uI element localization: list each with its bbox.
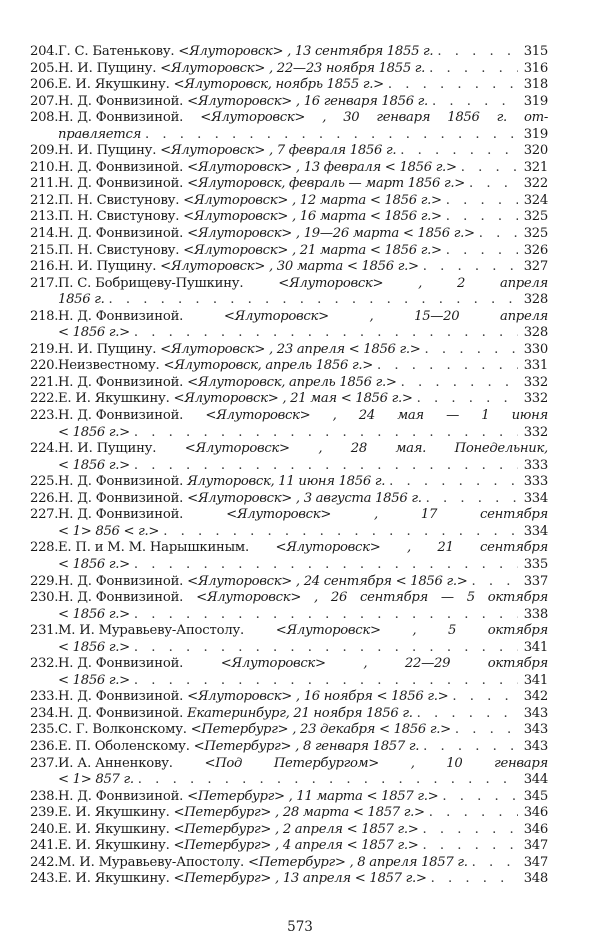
entry-detail-word: — [446, 408, 459, 425]
entry-number: 221. [30, 375, 58, 392]
entry-page: 347 [518, 855, 548, 872]
toc-entry[interactable]: 237.И. А. Анненкову.<ПодПетербургом>,10г… [30, 756, 548, 789]
entry-text: Н. Д. Фонвизиной. <Ялуторовск> , 13 февр… [58, 160, 518, 177]
toc-entry-continuation: < 1> 857 г. . . . . . . . . . . . . . . … [30, 772, 548, 789]
entry-detail-word: 26 [331, 590, 347, 607]
entry-number: 223. [30, 408, 58, 425]
toc-entry-line: 225.Н. Д. Фонвизиной. Ялуторовск, 11 июн… [30, 474, 548, 491]
entry-detail-word: 10 [446, 756, 462, 773]
dot-leader: . . . . . . . . . . . . . . . . . . . . … [384, 77, 518, 94]
toc-entry-continuation: < 1856 г.> . . . . . . . . . . . . . . .… [30, 458, 548, 475]
entry-number: 242. [30, 855, 58, 872]
entry-addressee: П. С. Бобрищеву-Пушкину. [58, 276, 243, 293]
entry-detail-word: мая. [396, 441, 427, 458]
entry-detail-continuation: правляется [58, 127, 141, 144]
table-of-contents: 204.Г. С. Батенькову. <Ялуторовск> , 13 … [30, 44, 548, 888]
dot-leader: . . . . . . . . . . . . . . . . . . . . … [475, 226, 518, 243]
entry-text: Н. Д. Фонвизиной.<Ялуторовск>,22—29октяб… [58, 656, 548, 673]
dot-leader: . . . . . . . . . . . . . . . . . . . . … [442, 209, 518, 226]
entry-text: Е. И. Якушкину. <Петербург> , 28 марта <… [58, 805, 518, 822]
entry-detail-word: 22—29 [405, 656, 450, 673]
entry-detail: <Ялуторовск> , 7 февраля 1856 г. [156, 143, 396, 160]
toc-entry-line: 224.Н. И. Пущину.<Ялуторовск>,28мая.Поне… [30, 441, 548, 458]
dot-leader: . . . . . . . . . . . . . . . . . . . . … [442, 243, 518, 260]
entry-addressee: Н. Д. Фонвизиной. [58, 408, 183, 425]
entry-detail-continuation: < 1856 г.> [58, 425, 130, 442]
dot-leader: . . . . . . . . . . . . . . . . . . . . … [419, 822, 518, 839]
entry-addressee: Е. И. Якушкину. [58, 391, 170, 408]
entry-page: 321 [518, 160, 548, 177]
entry-detail-word: 1 [481, 408, 489, 425]
dot-leader: . . . . . . . . . . . . . . . . . . . . … [130, 640, 518, 657]
entry-detail: <Петербург> , 8 генваря 1857 г. [190, 739, 419, 756]
entry-page: 337 [518, 574, 548, 591]
toc-entry[interactable]: 223.Н. Д. Фонвизиной.<Ялуторовск>,24мая—… [30, 408, 548, 441]
entry-detail: <Ялуторовск, апрель 1856 г.> [160, 358, 373, 375]
entry-text: С. Г. Волконскому. <Петербург> , 23 дека… [58, 722, 518, 739]
entry-text: Е. П. Оболенскому. <Петербург> , 8 генва… [58, 739, 518, 756]
toc-entry-line: 223.Н. Д. Фонвизиной.<Ялуторовск>,24мая—… [30, 408, 548, 425]
entry-page: 325 [518, 209, 548, 226]
entry-detail: <Ялуторовск> , 19—26 марта < 1856 г.> [183, 226, 475, 243]
entry-text: Н. Д. Фонвизиной. <Ялуторовск, февраль —… [58, 176, 518, 193]
entry-number: 218. [30, 309, 58, 326]
dot-leader: . . . . . . . . . . . . . . . . . . . . … [130, 607, 518, 624]
toc-entry[interactable]: 234.Н. Д. Фонвизиной. Екатеринбург, 21 н… [30, 706, 548, 723]
toc-entry[interactable]: 216.Н. И. Пущину. <Ялуторовск> , 30 март… [30, 259, 548, 276]
entry-detail-continuation: < 1856 г.> [58, 673, 130, 690]
toc-entry-line: 242.М. И. Муравьеву-Апостолу. <Петербург… [30, 855, 548, 872]
entry-detail: Екатеринбург, 21 ноября 1856 г. [183, 706, 412, 723]
entry-page: 347 [518, 838, 548, 855]
toc-entry-line: 226.Н. Д. Фонвизиной. <Ялуторовск> , 3 а… [30, 491, 548, 508]
entry-detail-word: , [411, 756, 415, 773]
entry-text: Е. И. Якушкину. <Петербург> , 13 апреля … [58, 871, 518, 888]
toc-entry[interactable]: 227.Н. Д. Фонвизиной.<Ялуторовск>,17сент… [30, 507, 548, 540]
entry-text: М. И. Муравьеву-Апостолу.<Ялуторовск>,5о… [58, 623, 548, 640]
toc-entry-continuation: 1856 г. . . . . . . . . . . . . . . . . … [30, 292, 548, 309]
entry-detail-word: , [374, 507, 378, 524]
entry-detail-word: <Ялуторовск> [200, 110, 305, 127]
entry-detail: <Ялуторовск> , 13 сентября 1855 г. [174, 44, 433, 61]
toc-entry[interactable]: 236.Е. П. Оболенскому. <Петербург> , 8 г… [30, 739, 548, 756]
toc-entry-line: 219.Н. И. Пущину. <Ялуторовск> , 23 апре… [30, 342, 548, 359]
toc-entry-line: 243.Е. И. Якушкину. <Петербург> , 13 апр… [30, 871, 548, 888]
entry-number: 230. [30, 590, 58, 607]
entry-number: 239. [30, 805, 58, 822]
entry-addressee: П. Н. Свистунову. [58, 209, 179, 226]
entry-detail: <Петербург> , 11 марта < 1857 г.> [183, 789, 438, 806]
entry-number: 211. [30, 176, 58, 193]
entry-text: Н. Д. Фонвизиной. <Ялуторовск> , 16 генв… [58, 94, 518, 111]
entry-number: 235. [30, 722, 58, 739]
entry-text: П. С. Бобрищеву-Пушкину.<Ялуторовск>,2ап… [58, 276, 548, 293]
toc-entry-continuation: < 1856 г.> . . . . . . . . . . . . . . .… [30, 607, 548, 624]
page-number: 573 [0, 919, 600, 935]
entry-number: 225. [30, 474, 58, 491]
entry-page: 334 [518, 491, 548, 508]
toc-entry[interactable]: 217.П. С. Бобрищеву-Пушкину.<Ялуторовск>… [30, 276, 548, 309]
entry-page: 341 [518, 640, 548, 657]
entry-addressee: Е. И. Якушкину. [58, 805, 170, 822]
toc-entry[interactable]: 229.Н. Д. Фонвизиной. <Ялуторовск> , 24 … [30, 574, 548, 591]
toc-entry[interactable]: 228.Е. П. и М. М. Нарышкиным.<Ялуторовск… [30, 540, 548, 573]
entry-detail: <Петербург> , 4 апреля < 1857 г.> [170, 838, 419, 855]
dot-leader: . . . . . . . . . . . . . . . . . . . . … [465, 176, 518, 193]
entry-detail-continuation: < 1856 г.> [58, 557, 130, 574]
toc-entry-line: 241.Е. И. Якушкину. <Петербург> , 4 апре… [30, 838, 548, 855]
toc-entry[interactable]: 215.П. Н. Свистунову. <Ялуторовск> , 21 … [30, 243, 548, 260]
entry-addressee: И. А. Анненкову. [58, 756, 173, 773]
dot-leader: . . . . . . . . . . . . . . . . . . . . … [159, 524, 518, 541]
entry-addressee: Е. П. и М. М. Нарышкиным. [58, 540, 249, 557]
toc-entry-line: 228.Е. П. и М. М. Нарышкиным.<Ялуторовск… [30, 540, 548, 557]
entry-page: 332 [518, 425, 548, 442]
toc-entry-line: 211.Н. Д. Фонвизиной. <Ялуторовск, февра… [30, 176, 548, 193]
entry-page: 327 [518, 259, 548, 276]
entry-detail-continuation: < 1> 856 < г.> [58, 524, 159, 541]
entry-number: 216. [30, 259, 58, 276]
entry-text: И. А. Анненкову.<ПодПетербургом>,10генва… [58, 756, 548, 773]
toc-entry-line: 214.Н. Д. Фонвизиной. <Ялуторовск> , 19—… [30, 226, 548, 243]
entry-addressee: Н. Д. Фонвизиной. [58, 590, 183, 607]
entry-number: 219. [30, 342, 58, 359]
toc-entry-line: 204.Г. С. Батенькову. <Ялуторовск> , 13 … [30, 44, 548, 61]
toc-entry-line: 212.П. Н. Свистунову. <Ялуторовск> , 12 … [30, 193, 548, 210]
entry-detail-word: июня [512, 408, 548, 425]
entry-addressee: П. Н. Свистунову. [58, 193, 179, 210]
toc-entry[interactable]: 213.П. Н. Свистунову. <Ялуторовск> , 16 … [30, 209, 548, 226]
toc-entry[interactable]: 238.Н. Д. Фонвизиной. <Петербург> , 11 м… [30, 789, 548, 806]
toc-entry[interactable]: 233.Н. Д. Фонвизиной. <Ялуторовск> , 16 … [30, 689, 548, 706]
dot-leader: . . . . . . . . . . . . . . . . . . . . … [419, 739, 518, 756]
entry-detail: <Ялуторовск> , 13 февраля < 1856 г.> [183, 160, 457, 177]
entry-text: Г. С. Батенькову. <Ялуторовск> , 13 сент… [58, 44, 518, 61]
entry-detail-word: <Ялуторовск> [205, 408, 310, 425]
dot-leader: . . . . . . . . . . . . . . . . . . . . … [442, 193, 518, 210]
dot-leader: . . . . . . . . . . . . . . . . . . . . … [448, 689, 518, 706]
entry-addressee: Н. Д. Фонвизиной. [58, 706, 183, 723]
entry-detail: <Ялуторовск> , 23 апреля < 1856 г.> [156, 342, 420, 359]
dot-leader: . . . . . . . . . . . . . . . . . . . . … [105, 292, 518, 309]
entry-number: 241. [30, 838, 58, 855]
entry-text: П. Н. Свистунову. <Ялуторовск> , 16 март… [58, 209, 518, 226]
toc-entry-continuation: < 1856 г.> . . . . . . . . . . . . . . .… [30, 640, 548, 657]
entry-detail-word: <Ялуторовск> [221, 656, 326, 673]
entry-text: Н. И. Пущину. <Ялуторовск> , 30 марта < … [58, 259, 518, 276]
toc-entry-line: 209.Н. И. Пущину. <Ялуторовск> , 7 февра… [30, 143, 548, 160]
toc-entry[interactable]: 232.Н. Д. Фонвизиной.<Ялуторовск>,22—29о… [30, 656, 548, 689]
entry-detail-continuation: < 1856 г.> [58, 607, 130, 624]
toc-entry[interactable]: 211.Н. Д. Фонвизиной. <Ялуторовск, февра… [30, 176, 548, 193]
dot-leader: . . . . . . . . . . . . . . . . . . . . … [468, 574, 519, 591]
toc-entry-line: 240.Е. И. Якушкину. <Петербург> , 2 апре… [30, 822, 548, 839]
entry-detail-word: 2 [457, 276, 465, 293]
entry-detail-word: 1856 [447, 110, 479, 127]
entry-number: 212. [30, 193, 58, 210]
dot-leader: . . . . . . . . . . . . . . . . . . . . … [421, 342, 518, 359]
toc-entry[interactable]: 231.М. И. Муравьеву-Апостолу.<Ялуторовск… [30, 623, 548, 656]
entry-addressee: Н. Д. Фонвизиной. [58, 375, 183, 392]
toc-entry-line: 215.П. Н. Свистунову. <Ялуторовск> , 21 … [30, 243, 548, 260]
entry-detail-word: 17 [421, 507, 437, 524]
entry-detail-word: , [318, 441, 322, 458]
toc-entry-continuation: < 1856 г.> . . . . . . . . . . . . . . .… [30, 325, 548, 342]
entry-page: 338 [518, 607, 548, 624]
toc-entry[interactable]: 220.Неизвестному. <Ялуторовск, апрель 18… [30, 358, 548, 375]
toc-entry[interactable]: 239.Е. И. Якушкину. <Петербург> , 28 мар… [30, 805, 548, 822]
toc-entry[interactable]: 243.Е. И. Якушкину. <Петербург> , 13 апр… [30, 871, 548, 888]
entry-addressee: Г. С. Батенькову. [58, 44, 174, 61]
entry-addressee: С. Г. Волконскому. [58, 722, 187, 739]
entry-page: 343 [518, 722, 548, 739]
entry-page: 343 [518, 706, 548, 723]
entry-addressee: Н. Д. Фонвизиной. [58, 656, 183, 673]
toc-entry-line: 217.П. С. Бобрищеву-Пушкину.<Ялуторовск>… [30, 276, 548, 293]
entry-page: 348 [518, 871, 548, 888]
entry-page: 346 [518, 822, 548, 839]
entry-text: Н. Д. Фонвизиной. <Ялуторовск, апрель 18… [58, 375, 518, 392]
toc-entry[interactable]: 224.Н. И. Пущину.<Ялуторовск>,28мая.Поне… [30, 441, 548, 474]
toc-entry[interactable]: 226.Н. Д. Фонвизиной. <Ялуторовск> , 3 а… [30, 491, 548, 508]
entry-detail-word: <Ялуторовск> [185, 441, 290, 458]
dot-leader: . . . . . . . . . . . . . . . . . . . . … [419, 838, 518, 855]
entry-detail-word: , [412, 623, 416, 640]
entry-page: 345 [518, 789, 548, 806]
entry-number: 214. [30, 226, 58, 243]
dot-leader: . . . . . . . . . . . . . . . . . . . . … [130, 557, 518, 574]
entry-detail-word: апреля [500, 276, 548, 293]
entry-text: Н. Д. Фонвизиной. <Ялуторовск> , 24 сент… [58, 574, 518, 591]
toc-entry-line: 205.Н. И. Пущину. <Ялуторовск> , 22—23 н… [30, 61, 548, 78]
toc-entry[interactable]: 225.Н. Д. Фонвизиной. Ялуторовск, 11 июн… [30, 474, 548, 491]
entry-page: 328 [518, 292, 548, 309]
toc-entry-line: 218.Н. Д. Фонвизиной.<Ялуторовск>,15—20а… [30, 309, 548, 326]
entry-addressee: Н. И. Пущину. [58, 143, 156, 160]
entry-number: 243. [30, 871, 58, 888]
toc-entry-line: 237.И. А. Анненкову.<ПодПетербургом>,10г… [30, 756, 548, 773]
entry-text: Н. Д. Фонвизиной. <Ялуторовск> , 19—26 м… [58, 226, 518, 243]
entry-number: 208. [30, 110, 58, 127]
entry-text: Е. П. и М. М. Нарышкиным.<Ялуторовск>,21… [58, 540, 548, 557]
entry-number: 238. [30, 789, 58, 806]
entry-detail-continuation: < 1856 г.> [58, 458, 130, 475]
entry-detail: Ялуторовск, 11 июня 1856 г. [183, 474, 385, 491]
toc-entry-line: 238.Н. Д. Фонвизиной. <Петербург> , 11 м… [30, 789, 548, 806]
toc-entry-line: 232.Н. Д. Фонвизиной.<Ялуторовск>,22—29о… [30, 656, 548, 673]
toc-entry[interactable]: 221.Н. Д. Фонвизиной. <Ялуторовск, апрел… [30, 375, 548, 392]
entry-detail: <Ялуторовск> , 16 ноября < 1856 г.> [183, 689, 448, 706]
toc-entry[interactable]: 218.Н. Д. Фонвизиной.<Ялуторовск>,15—20а… [30, 309, 548, 342]
entry-number: 233. [30, 689, 58, 706]
entry-detail-word: <Ялуторовск> [224, 309, 329, 326]
dot-leader: . . . . . . . . . . . . . . . . . . . . … [468, 855, 518, 872]
entry-number: 229. [30, 574, 58, 591]
entry-number: 209. [30, 143, 58, 160]
toc-entry-line: 239.Е. И. Якушкину. <Петербург> , 28 мар… [30, 805, 548, 822]
entry-page: 331 [518, 358, 548, 375]
toc-entry[interactable]: 212.П. Н. Свистунову. <Ялуторовск> , 12 … [30, 193, 548, 210]
entry-number: 215. [30, 243, 58, 260]
entry-addressee: Е. И. Якушкину. [58, 77, 170, 94]
entry-number: 206. [30, 77, 58, 94]
toc-entry[interactable]: 210.Н. Д. Фонвизиной. <Ялуторовск> , 13 … [30, 160, 548, 177]
entry-detail-word: октября [488, 623, 548, 640]
dot-leader: . . . . . . . . . . . . . . . . . . . . … [397, 375, 518, 392]
entry-detail-word: <Ялуторовск> [196, 590, 301, 607]
dot-leader: . . . . . . . . . . . . . . . . . . . . … [427, 871, 518, 888]
toc-entry-line: 222.Е. И. Якушкину. <Ялуторовск> , 21 ма… [30, 391, 548, 408]
toc-entry[interactable]: 241.Е. И. Якушкину. <Петербург> , 4 апре… [30, 838, 548, 855]
entry-detail-word: 5 [467, 590, 475, 607]
entry-page: 328 [518, 325, 548, 342]
dot-leader: . . . . . . . . . . . . . . . . . . . . … [130, 458, 518, 475]
entry-detail-word: , [363, 656, 367, 673]
entry-number: 224. [30, 441, 58, 458]
entry-addressee: Н. Д. Фонвизиной. [58, 574, 183, 591]
entry-page: 316 [518, 61, 548, 78]
entry-page: 342 [518, 689, 548, 706]
entry-detail: <Петербург> , 13 апреля < 1857 г.> [170, 871, 427, 888]
entry-detail-word: 5 [448, 623, 456, 640]
entry-detail: <Ялуторовск> , 30 марта < 1856 г.> [156, 259, 419, 276]
toc-entry-line: 210.Н. Д. Фонвизиной. <Ялуторовск> , 13 … [30, 160, 548, 177]
entry-addressee: Н. Д. Фонвизиной. [58, 176, 183, 193]
entry-addressee: Н. Д. Фонвизиной. [58, 689, 183, 706]
toc-entry[interactable]: 214.Н. Д. Фонвизиной. <Ялуторовск> , 19—… [30, 226, 548, 243]
entry-addressee: Н. И. Пущину. [58, 259, 156, 276]
entry-text: Н. Д. Фонвизиной.<Ялуторовск>,17сентября [58, 507, 548, 524]
toc-entry-line: 234.Н. Д. Фонвизиной. Екатеринбург, 21 н… [30, 706, 548, 723]
entry-detail-word: <Ялуторовск> [226, 507, 331, 524]
entry-addressee: Н. Д. Фонвизиной. [58, 789, 183, 806]
toc-entry[interactable]: 205.Н. И. Пущину. <Ялуторовск> , 22—23 н… [30, 61, 548, 78]
entry-detail-word: мая [397, 408, 424, 425]
entry-detail: <Ялуторовск> , 21 мая < 1856 г.> [170, 391, 413, 408]
toc-entry[interactable]: 208.Н. Д. Фонвизиной.<Ялуторовск>,30генв… [30, 110, 548, 143]
dot-leader: . . . . . . . . . . . . . . . . . . . . … [457, 160, 518, 177]
entry-detail-word: Петербургом> [274, 756, 379, 773]
entry-text: Н. Д. Фонвизиной. <Ялуторовск> , 3 авгус… [58, 491, 518, 508]
toc-entry[interactable]: 230.Н. Д. Фонвизиной.<Ялуторовск>,26сент… [30, 590, 548, 623]
entry-detail-word: , [418, 276, 422, 293]
entry-number: 234. [30, 706, 58, 723]
entry-text: П. Н. Свистунову. <Ялуторовск> , 12 март… [58, 193, 518, 210]
entry-addressee: Н. Д. Фонвизиной. [58, 474, 183, 491]
entry-addressee: Н. Д. Фонвизиной. [58, 94, 183, 111]
entry-page: 330 [518, 342, 548, 359]
dot-leader: . . . . . . . . . . . . . . . . . . . . … [425, 61, 518, 78]
entry-addressee: Н. Д. Фонвизиной. [58, 507, 183, 524]
entry-text: Неизвестному. <Ялуторовск, апрель 1856 г… [58, 358, 518, 375]
toc-entry-continuation: правляется . . . . . . . . . . . . . . .… [30, 127, 548, 144]
dot-leader: . . . . . . . . . . . . . . . . . . . . … [451, 722, 518, 739]
entry-text: П. Н. Свистунову. <Ялуторовск> , 21 март… [58, 243, 518, 260]
entry-detail-continuation: < 1> 857 г. [58, 772, 134, 789]
entry-number: 231. [30, 623, 58, 640]
toc-entry[interactable]: 242.М. И. Муравьеву-Апостолу. <Петербург… [30, 855, 548, 872]
entry-addressee: Н. Д. Фонвизиной. [58, 160, 183, 177]
entry-detail: <Ялуторовск> , 12 марта < 1856 г.> [179, 193, 442, 210]
entry-detail: <Петербург> , 2 апреля < 1857 г.> [170, 822, 419, 839]
entry-page: 324 [518, 193, 548, 210]
entry-number: 232. [30, 656, 58, 673]
dot-leader: . . . . . . . . . . . . . . . . . . . . … [425, 805, 518, 822]
entry-page: 341 [518, 673, 548, 690]
toc-entry-continuation: < 1856 г.> . . . . . . . . . . . . . . .… [30, 557, 548, 574]
entry-detail-word: <Под [204, 756, 242, 773]
entry-number: 226. [30, 491, 58, 508]
dot-leader: . . . . . . . . . . . . . . . . . . . . … [134, 772, 518, 789]
dot-leader: . . . . . . . . . . . . . . . . . . . . … [413, 391, 518, 408]
entry-detail: <Ялуторовск> , 3 августа 1856 г. [183, 491, 421, 508]
entry-detail-word: 28 [351, 441, 367, 458]
entry-addressee: Н. Д. Фонвизиной. [58, 110, 183, 127]
toc-entry[interactable]: 240.Е. И. Якушкину. <Петербург> , 2 апре… [30, 822, 548, 839]
entry-detail-word: апреля [500, 309, 548, 326]
entry-text: Е. И. Якушкину. <Петербург> , 4 апреля <… [58, 838, 518, 855]
entry-detail: <Петербург> , 28 марта < 1857 г.> [170, 805, 425, 822]
dot-leader: . . . . . . . . . . . . . . . . . . . . … [413, 706, 518, 723]
entry-text: Н. И. Пущину.<Ялуторовск>,28мая.Понедель… [58, 441, 548, 458]
entry-number: 207. [30, 94, 58, 111]
entry-page: 322 [518, 176, 548, 193]
toc-entry-line: 233.Н. Д. Фонвизиной. <Ялуторовск> , 16 … [30, 689, 548, 706]
entry-detail-word: г. [497, 110, 507, 127]
toc-entry[interactable]: 219.Н. И. Пущину. <Ялуторовск> , 23 апре… [30, 342, 548, 359]
toc-entry[interactable]: 222.Е. И. Якушкину. <Ялуторовск> , 21 ма… [30, 391, 548, 408]
entry-text: Н. Д. Фонвизиной. Ялуторовск, 11 июня 18… [58, 474, 518, 491]
dot-leader: . . . . . . . . . . . . . . . . . . . . … [438, 789, 518, 806]
entry-page: 315 [518, 44, 548, 61]
entry-addressee: Н. И. Пущину. [58, 441, 156, 458]
entry-page: 333 [518, 474, 548, 491]
entry-number: 220. [30, 358, 58, 375]
toc-entry[interactable]: 206.Е. И. Якушкину. <Ялуторовск, ноябрь … [30, 77, 548, 94]
dot-leader: . . . . . . . . . . . . . . . . . . . . … [422, 491, 518, 508]
toc-entry[interactable]: 207.Н. Д. Фонвизиной. <Ялуторовск> , 16 … [30, 94, 548, 111]
entry-detail-word: , [370, 309, 374, 326]
toc-entry-line: 208.Н. Д. Фонвизиной.<Ялуторовск>,30генв… [30, 110, 548, 127]
toc-entry[interactable]: 209.Н. И. Пущину. <Ялуторовск> , 7 февра… [30, 143, 548, 160]
entry-detail-word: 30 [343, 110, 359, 127]
entry-addressee: Н. Д. Фонвизиной. [58, 309, 183, 326]
dot-leader: . . . . . . . . . . . . . . . . . . . . … [419, 259, 518, 276]
entry-page: 325 [518, 226, 548, 243]
dot-leader: . . . . . . . . . . . . . . . . . . . . … [428, 94, 518, 111]
entry-detail: <Ялуторовск, ноябрь 1855 г.> [170, 77, 384, 94]
toc-entry[interactable]: 204.Г. С. Батенькову. <Ялуторовск> , 13 … [30, 44, 548, 61]
dot-leader: . . . . . . . . . . . . . . . . . . . . … [130, 425, 518, 442]
entry-addressee: Н. Д. Фонвизиной. [58, 226, 183, 243]
entry-addressee: Неизвестному. [58, 358, 160, 375]
entry-detail-word: , [322, 110, 326, 127]
toc-entry-line: 220.Неизвестному. <Ялуторовск, апрель 18… [30, 358, 548, 375]
entry-text: Е. И. Якушкину. <Ялуторовск, ноябрь 1855… [58, 77, 518, 94]
entry-detail: <Петербург> , 8 апреля 1857 г. [244, 855, 468, 872]
entry-detail: <Петербург> , 23 декабря < 1856 г.> [187, 722, 451, 739]
entry-addressee: М. И. Муравьеву-Апостолу. [58, 623, 244, 640]
toc-entry-line: 230.Н. Д. Фонвизиной.<Ялуторовск>,26сент… [30, 590, 548, 607]
toc-entry[interactable]: 235.С. Г. Волконскому. <Петербург> , 23 … [30, 722, 548, 739]
dot-leader: . . . . . . . . . . . . . . . . . . . . … [433, 44, 518, 61]
entry-detail-word: октября [488, 590, 548, 607]
entry-text: Е. И. Якушкину. <Петербург> , 2 апреля <… [58, 822, 518, 839]
entry-detail-word: , [314, 590, 318, 607]
toc-entry-line: 236.Е. П. Оболенскому. <Петербург> , 8 г… [30, 739, 548, 756]
entry-addressee: Н. И. Пущину. [58, 61, 156, 78]
entry-text: Н. И. Пущину. <Ялуторовск> , 7 февраля 1… [58, 143, 518, 160]
